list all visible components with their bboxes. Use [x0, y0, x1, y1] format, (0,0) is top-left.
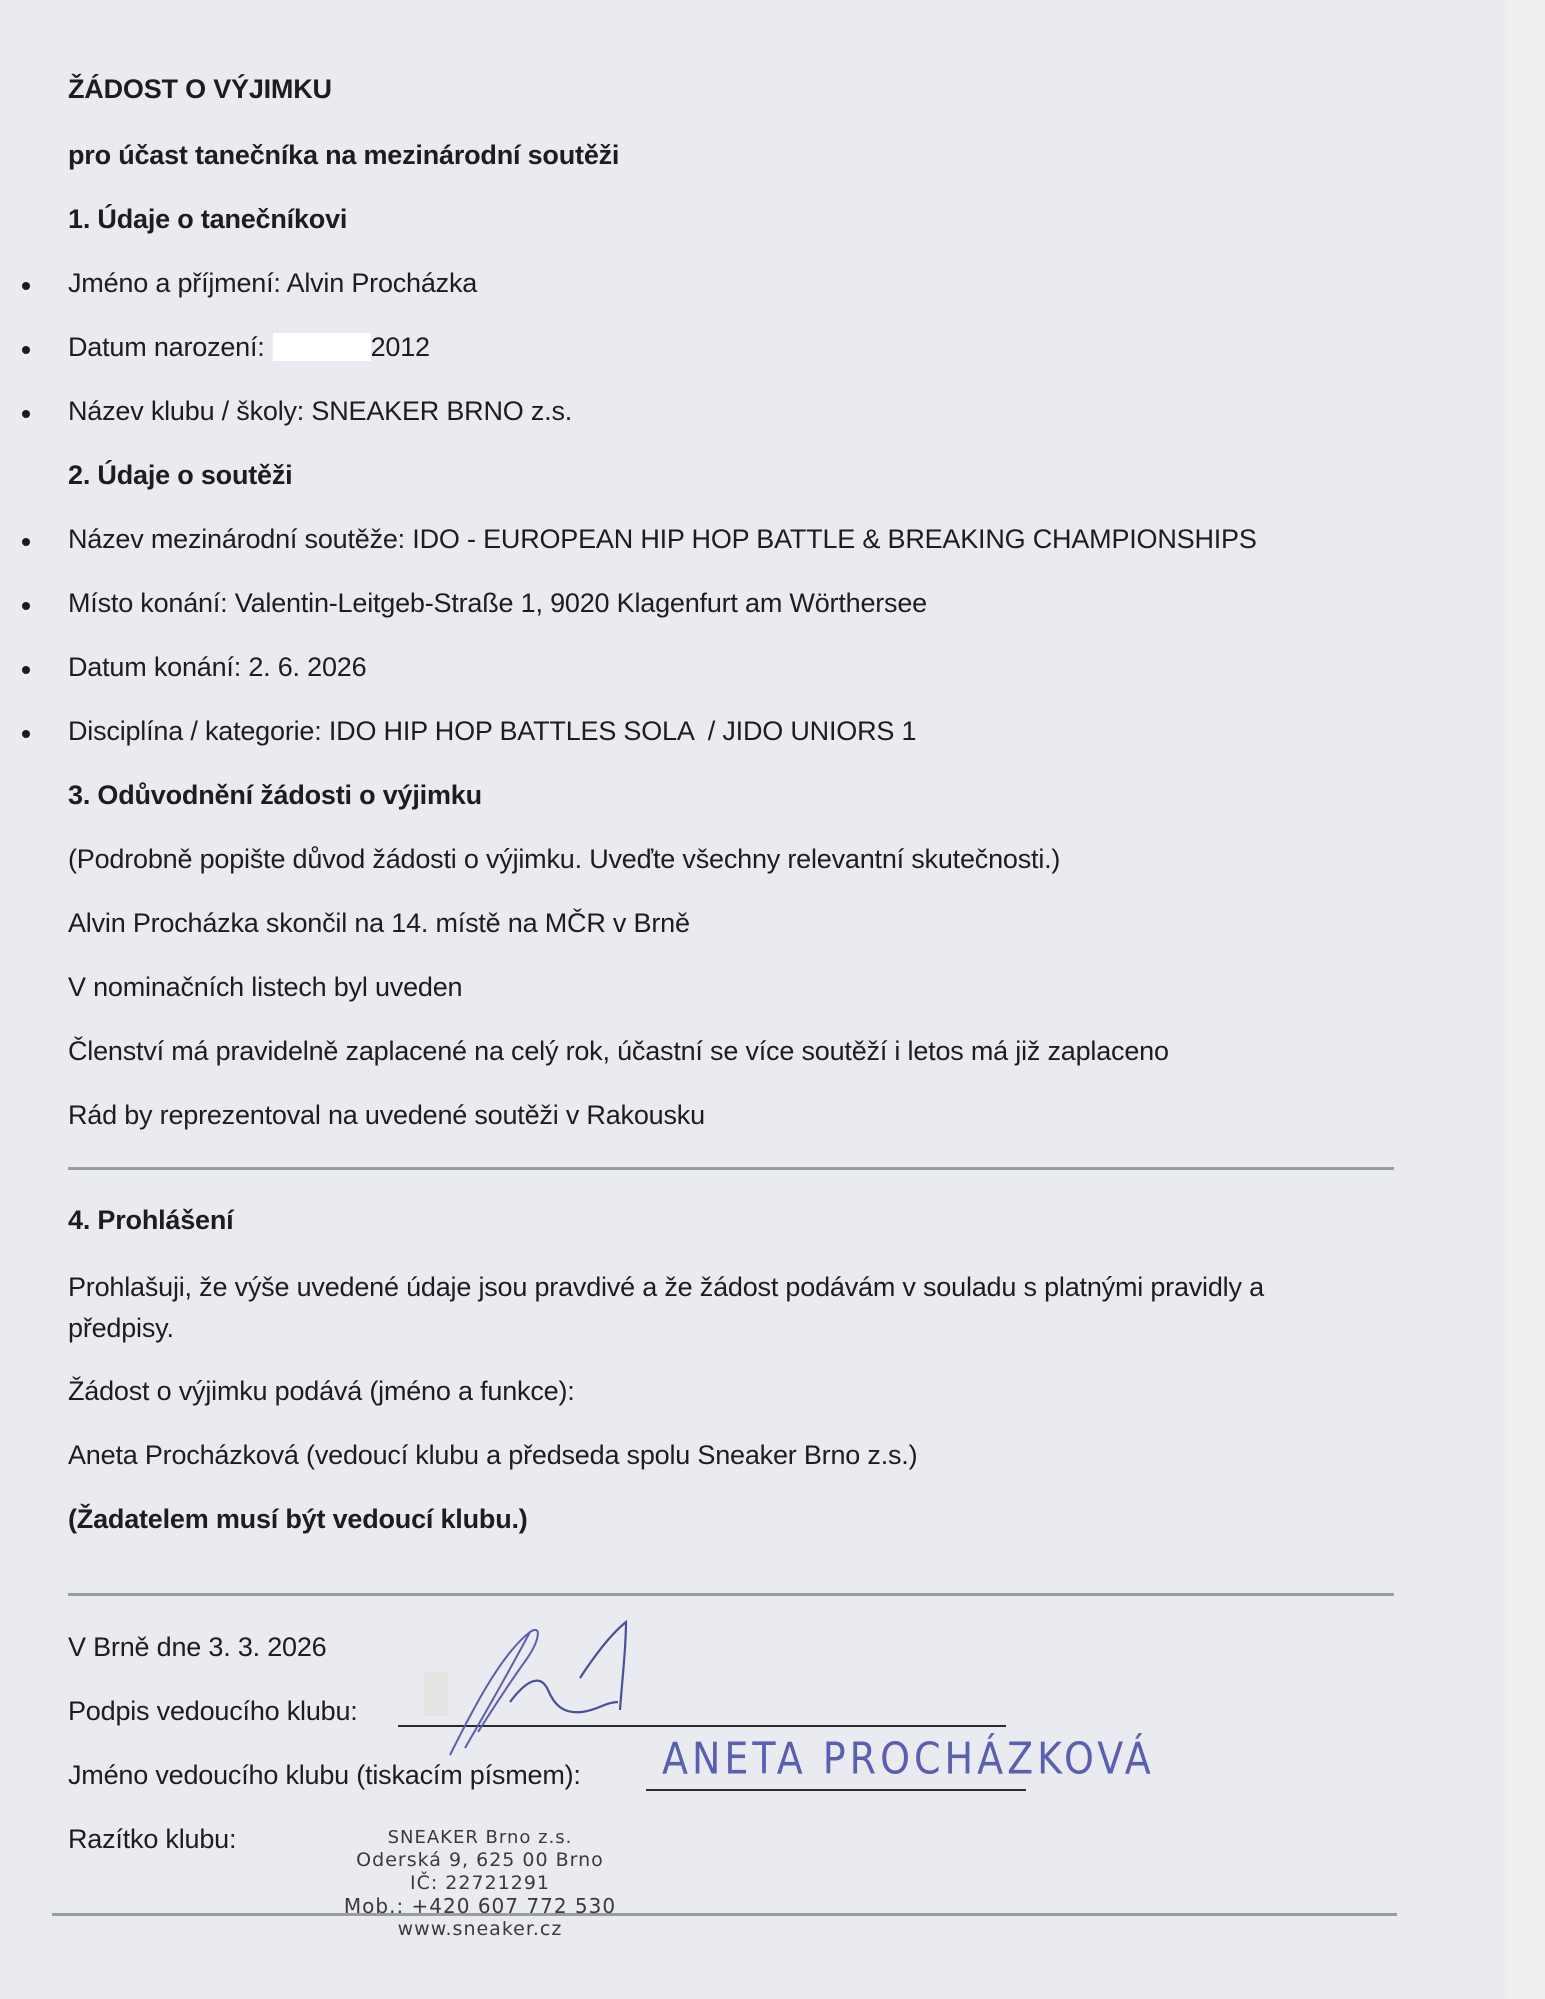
field-label: Místo konání: — [68, 588, 227, 618]
signature-icon — [430, 1620, 690, 1760]
section-3-heading: 3. Odůvodnění žádosti o výjimku — [68, 778, 482, 812]
bullet-icon — [22, 602, 30, 610]
divider — [52, 1913, 1397, 1916]
document-title: ŽÁDOST O VÝJIMKU — [68, 72, 332, 106]
field-value: 2012 — [371, 332, 430, 362]
place-date: V Brně dne 3. 3. 2026 — [68, 1630, 327, 1664]
document-subtitle: pro účast tanečníka na mezinárodní soutě… — [68, 138, 619, 172]
name-line — [646, 1789, 1026, 1791]
signature-label: Podpis vedoucího klubu: — [68, 1694, 358, 1728]
bullet-icon — [22, 282, 30, 290]
redaction-box — [273, 333, 371, 361]
justification-line: Alvin Procházka skončil na 14. místě na … — [68, 906, 690, 940]
field-label: Název klubu / školy: — [68, 396, 304, 426]
field-label: Datum narození: — [68, 332, 265, 362]
applicant-label: Žádost o výjimku podává (jméno a funkce)… — [68, 1374, 575, 1408]
page-edge — [1507, 0, 1545, 1999]
bullet-icon — [22, 538, 30, 546]
club-stamp: SNEAKER Brno z.s. Oderská 9, 625 00 Brno… — [290, 1826, 670, 1941]
section-1-heading: 1. Údaje o tanečníkovi — [68, 202, 347, 236]
field-value: Valentin-Leitgeb-Straße 1, 9020 Klagenfu… — [235, 588, 927, 618]
field-value: IDO - EUROPEAN HIP HOP BATTLE & BREAKING… — [412, 524, 1256, 554]
justification-line: Rád by reprezentoval na uvedené soutěži … — [68, 1098, 705, 1132]
justification-line: Členství má pravidelně zaplacené na celý… — [68, 1034, 1169, 1068]
section-4-heading: 4. Prohlášení — [68, 1203, 233, 1237]
applicant-value: Aneta Procházková (vedoucí klubu a předs… — [68, 1438, 917, 1472]
stamp-club-name: SNEAKER Brno z.s. — [290, 1826, 670, 1849]
competition-name-field: Název mezinárodní soutěže: IDO - EUROPEA… — [68, 522, 1257, 556]
field-label: Disciplína / kategorie: — [68, 716, 322, 746]
justification-line: V nominačních listech byl uveden — [68, 970, 462, 1004]
stamp-address: Oderská 9, 625 00 Brno — [290, 1849, 670, 1872]
declaration-text-cont: předpisy. — [68, 1311, 174, 1345]
divider — [68, 1167, 1394, 1170]
stamp-label: Razítko klubu: — [68, 1822, 236, 1856]
divider — [68, 1593, 1394, 1596]
declaration-text: Prohlašuji, že výše uvedené údaje jsou p… — [68, 1270, 1264, 1304]
event-date-field: Datum konání: 2. 6. 2026 — [68, 650, 366, 684]
section-3-instruction: (Podrobně popište důvod žádosti o výjimk… — [68, 842, 1060, 876]
applicant-note: (Žadatelem musí být vedoucí klubu.) — [68, 1502, 528, 1536]
discipline-field: Disciplína / kategorie: IDO HIP HOP BATT… — [68, 714, 916, 748]
bullet-icon — [22, 410, 30, 418]
field-label: Datum konání: — [68, 652, 241, 682]
stamp-phone: Mob.: +420 607 772 530 — [290, 1895, 670, 1918]
birth-date-field: Datum narození:2012 — [68, 330, 430, 364]
field-label: Jméno a příjmení: — [68, 268, 281, 298]
stamp-website: www.sneaker.cz — [290, 1918, 670, 1941]
field-value: Alvin Procházka — [287, 268, 478, 298]
bullet-icon — [22, 666, 30, 674]
bullet-icon — [22, 730, 30, 738]
handwritten-name: ANETA PROCHÁZKOVÁ — [662, 1733, 1155, 1784]
stamp-id: IČ: 22721291 — [290, 1872, 670, 1895]
section-2-heading: 2. Údaje o soutěži — [68, 458, 292, 492]
field-label: Název mezinárodní soutěže: — [68, 524, 405, 554]
field-value: IDO HIP HOP BATTLES SOLA / JIDO UNIORS 1 — [329, 716, 916, 746]
name-label: Jméno vedoucího klubu (tiskacím písmem): — [68, 1758, 581, 1792]
club-name-field: Název klubu / školy: SNEAKER BRNO z.s. — [68, 394, 572, 428]
bullet-icon — [22, 346, 30, 354]
dancer-name-field: Jméno a příjmení: Alvin Procházka — [68, 266, 477, 300]
field-value: SNEAKER BRNO z.s. — [311, 396, 572, 426]
field-value: 2. 6. 2026 — [248, 652, 366, 682]
venue-field: Místo konání: Valentin-Leitgeb-Straße 1,… — [68, 586, 927, 620]
